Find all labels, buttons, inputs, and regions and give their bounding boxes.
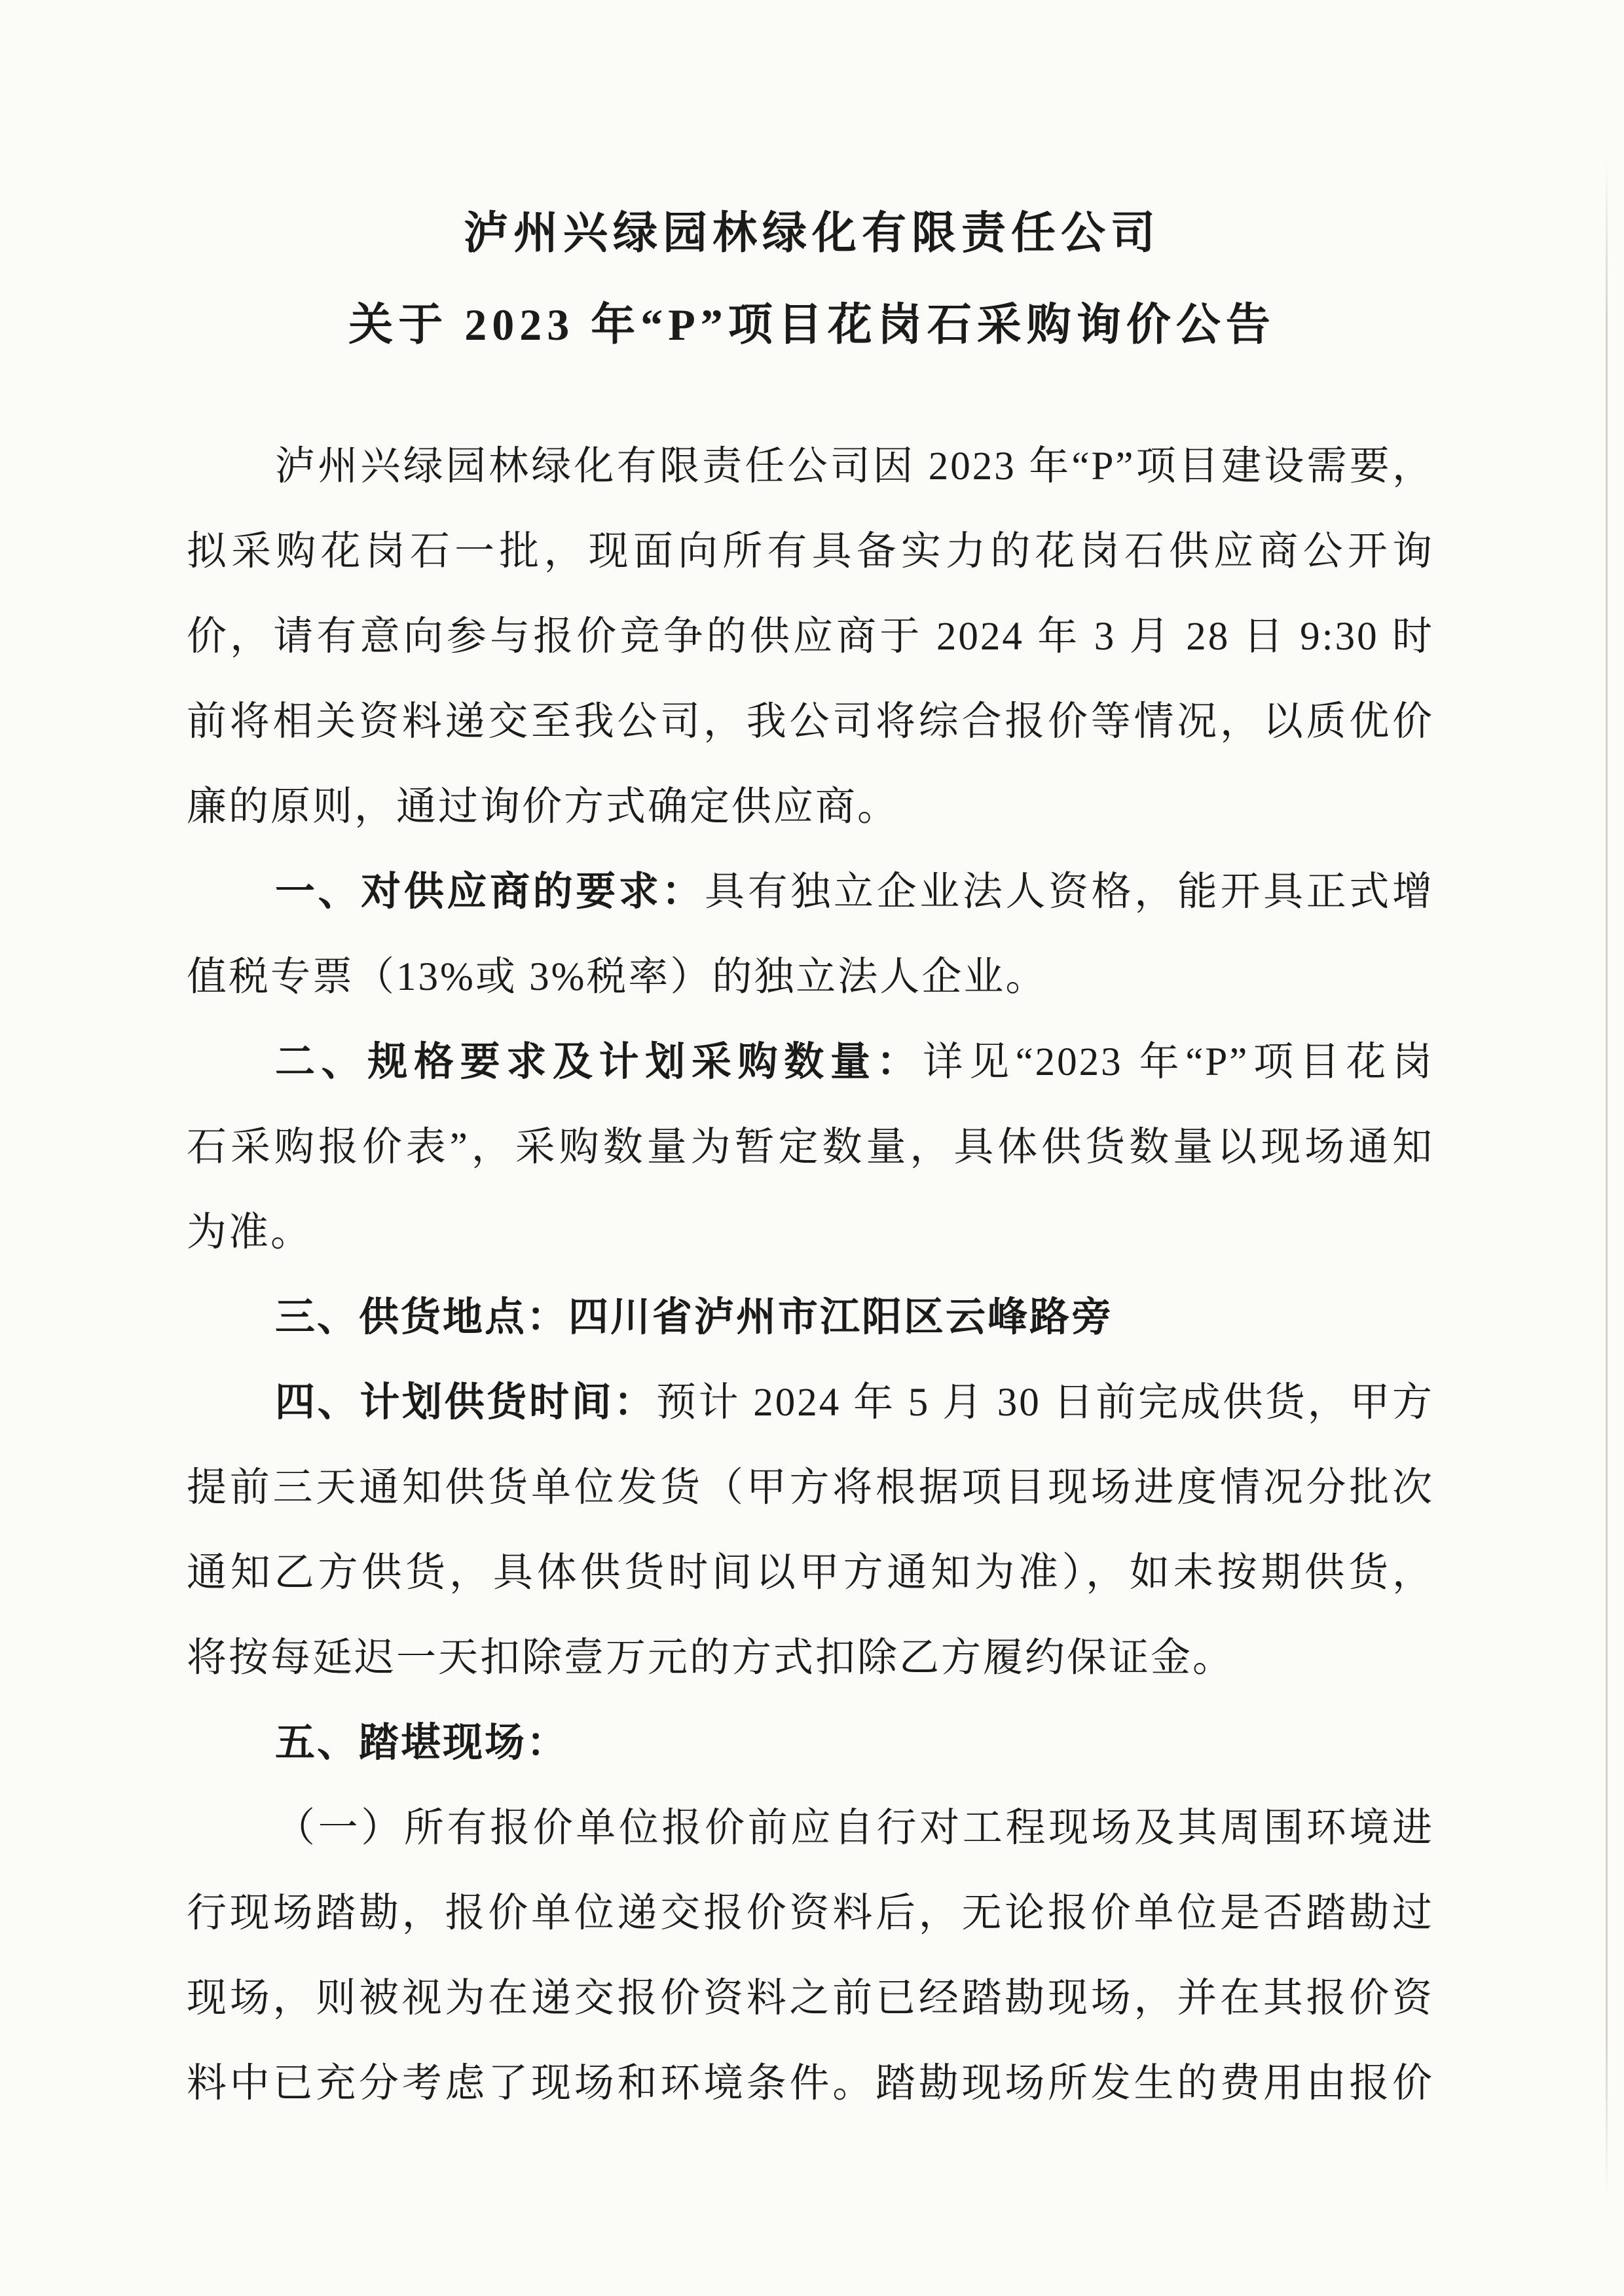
line-text: 通知乙方供货，具体供货时间以甲方通知为准），如未按期供货，: [187, 1551, 1434, 1595]
text-line: 将按每延迟一天扣除壹万元的方式扣除乙方履约保证金。: [187, 1616, 1434, 1701]
line-text: 为准。: [187, 1211, 312, 1254]
text-line-section-1: 一、对供应商的要求：具有独立企业法人资格，能开具正式增: [187, 850, 1434, 935]
line-text: 石采购报价表”，采购数量为暂定数量，具体供货数量以现场通知: [187, 1125, 1434, 1169]
line-text: 行现场踏勘，报价单位递交报价资料后，无论报价单位是否踏勘过: [187, 1891, 1434, 1935]
line-text: 详见“2023 年“P”项目花岗: [923, 1040, 1434, 1084]
document-title: 泸州兴绿园林绿化有限责任公司 关于 2023 年“P”项目花岗石采购询价公告: [0, 187, 1624, 371]
line-text: 价，请有意向参与报价竞争的供应商于 2024 年 3 月 28 日 9:30 时: [187, 615, 1434, 659]
line-text: （一）所有报价单位报价前应自行对工程现场及其周围环境进: [275, 1806, 1434, 1850]
line-text: 现场，则被视为在递交报价资料之前已经踏勘现场，并在其报价资: [187, 1977, 1434, 2020]
line-text: 提前三天通知供货单位发货（甲方将根据项目现场进度情况分批次: [187, 1466, 1434, 1510]
text-line-section-2: 二、规格要求及计划采购数量：详见“2023 年“P”项目花岗: [187, 1020, 1434, 1105]
scan-artifact-line: [1606, 157, 1608, 2200]
text-line: 通知乙方供货，具体供货时间以甲方通知为准），如未按期供货，: [187, 1531, 1434, 1616]
line-text: 预计 2024 年 5 月 30 日前完成供货，甲方: [656, 1381, 1434, 1425]
line-bold-text: 三、供货地点：四川省泸州市江阳区云峰路旁: [275, 1296, 1113, 1339]
line-text: 拟采购花岗石一批，现面向所有具备实力的花岗石供应商公开询: [187, 530, 1434, 574]
line-bold-text: 五、踏堪现场：: [275, 1721, 568, 1765]
title-line-1: 泸州兴绿园林绿化有限责任公司: [0, 187, 1624, 279]
line-text: 将按每延迟一天扣除壹万元的方式扣除乙方履约保证金。: [187, 1636, 1234, 1680]
text-line: 价，请有意向参与报价竞争的供应商于 2024 年 3 月 28 日 9:30 时: [187, 594, 1434, 680]
line-bold-text: 一、对供应商的要求：: [275, 870, 705, 914]
text-line: （一）所有报价单位报价前应自行对工程现场及其周围环境进: [187, 1786, 1434, 1871]
line-bold-text: 二、规格要求及计划采购数量：: [275, 1040, 923, 1084]
text-line: 现场，则被视为在递交报价资料之前已经踏勘现场，并在其报价资: [187, 1956, 1434, 2041]
text-line-section-4: 四、计划供货时间：预计 2024 年 5 月 30 日前完成供货，甲方: [187, 1360, 1434, 1446]
text-line: 拟采购花岗石一批，现面向所有具备实力的花岗石供应商公开询: [187, 509, 1434, 594]
line-text: 前将相关资料递交至我公司，我公司将综合报价等情况，以质优价: [187, 700, 1434, 744]
line-text: 值税专票（13%或 3%税率）的独立法人企业。: [187, 955, 1047, 999]
document-body: 泸州兴绿园林绿化有限责任公司因 2023 年“P”项目建设需要， 拟采购花岗石一…: [187, 424, 1434, 2126]
text-line: 提前三天通知供货单位发货（甲方将根据项目现场进度情况分批次: [187, 1446, 1434, 1531]
line-text: 具有独立企业法人资格，能开具正式增: [705, 870, 1434, 914]
document-page: 泸州兴绿园林绿化有限责任公司 关于 2023 年“P”项目花岗石采购询价公告 泸…: [0, 0, 1624, 2296]
text-line-section-3: 三、供货地点：四川省泸州市江阳区云峰路旁: [187, 1275, 1434, 1360]
text-line: 前将相关资料递交至我公司，我公司将综合报价等情况，以质优价: [187, 680, 1434, 765]
text-line: 石采购报价表”，采购数量为暂定数量，具体供货数量以现场通知: [187, 1105, 1434, 1190]
text-line: 行现场踏勘，报价单位递交报价资料后，无论报价单位是否踏勘过: [187, 1871, 1434, 1956]
text-line: 为准。: [187, 1190, 1434, 1275]
line-text: 廉的原则，通过询价方式确定供应商。: [187, 785, 899, 829]
line-bold-text: 四、计划供货时间：: [275, 1381, 656, 1425]
text-line: 廉的原则，通过询价方式确定供应商。: [187, 765, 1434, 850]
line-text: 料中已充分考虑了现场和环境条件。踏勘现场所发生的费用由报价: [187, 2062, 1434, 2105]
text-line: 值税专票（13%或 3%税率）的独立法人企业。: [187, 935, 1434, 1020]
title-line-2: 关于 2023 年“P”项目花岗石采购询价公告: [0, 279, 1624, 371]
text-line-section-5: 五、踏堪现场：: [187, 1701, 1434, 1786]
line-text: 泸州兴绿园林绿化有限责任公司因 2023 年“P”项目建设需要，: [275, 445, 1434, 488]
text-line: 料中已充分考虑了现场和环境条件。踏勘现场所发生的费用由报价: [187, 2041, 1434, 2126]
text-line: 泸州兴绿园林绿化有限责任公司因 2023 年“P”项目建设需要，: [187, 424, 1434, 509]
